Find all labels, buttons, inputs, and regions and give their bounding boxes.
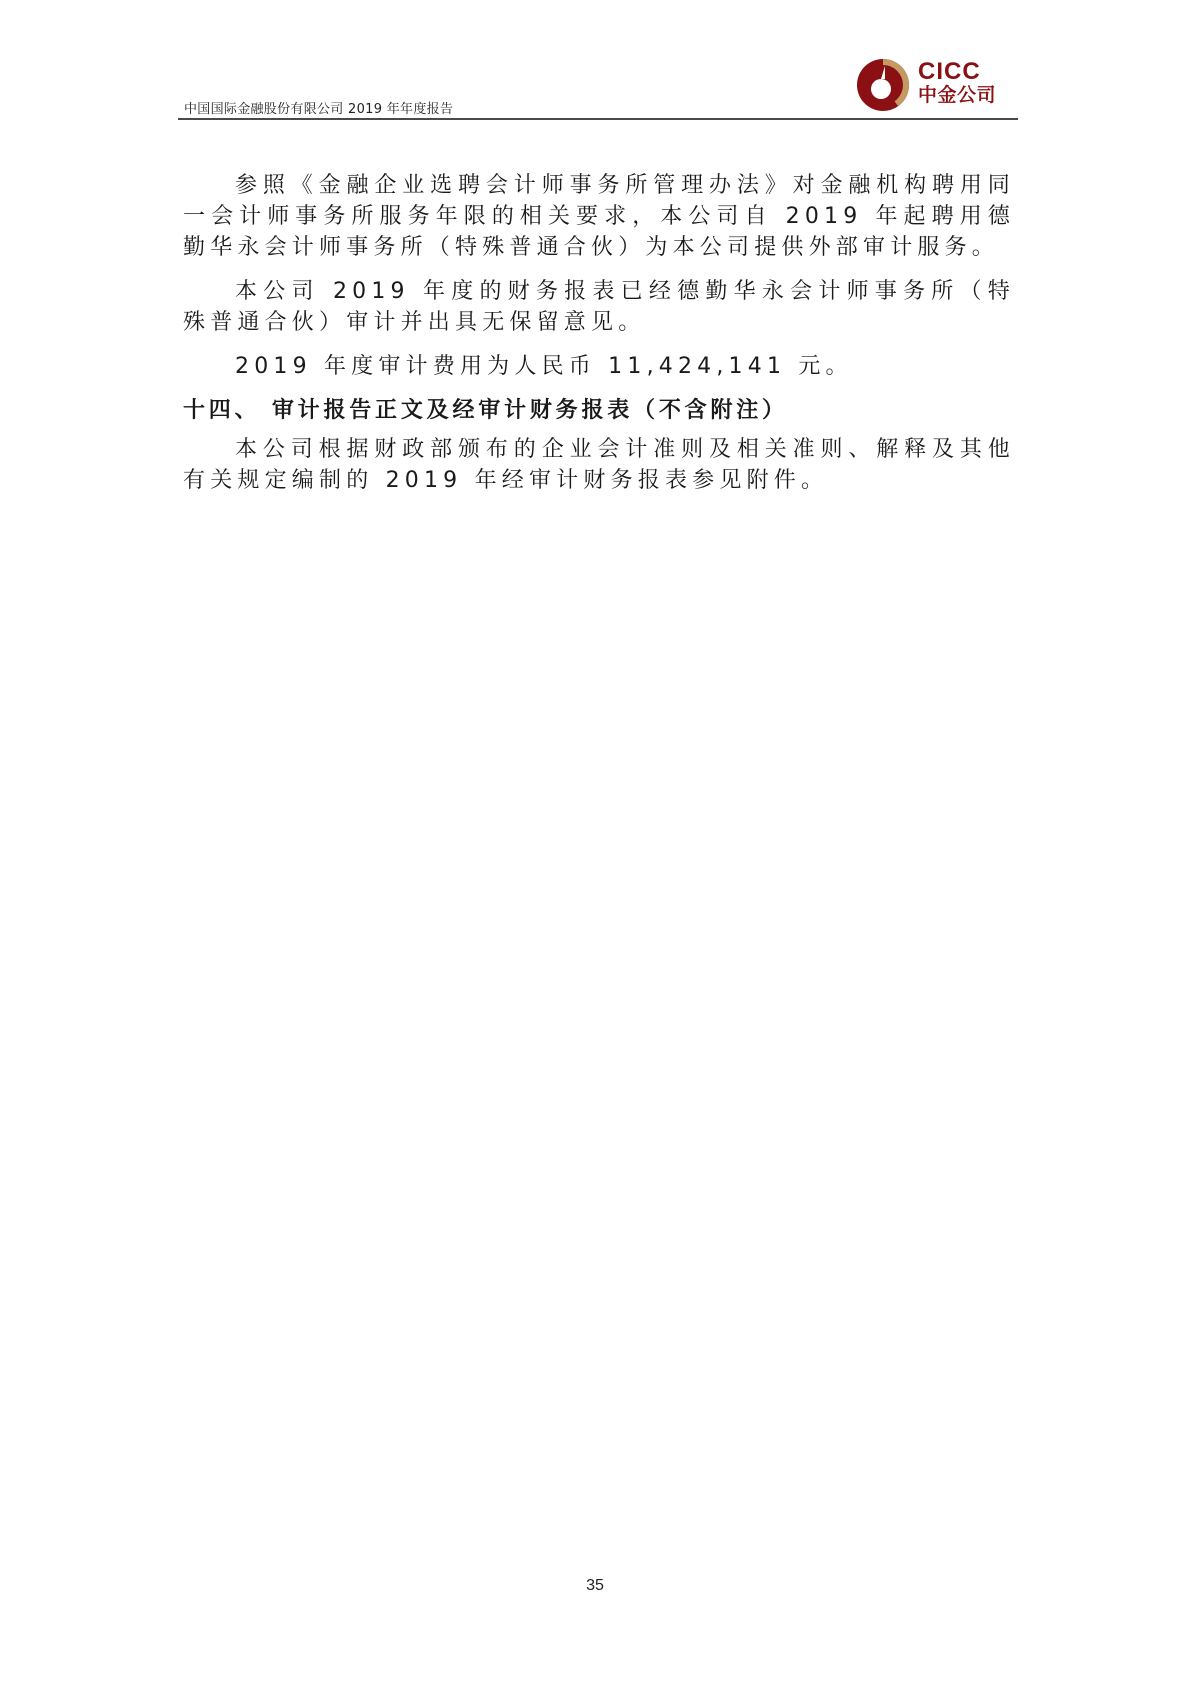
cicc-logo: CICC 中金公司: [856, 56, 1018, 112]
page-number: 35: [0, 1577, 1190, 1595]
section-heading: 十四、 审计报告正文及经审计财务报表（不含附注）: [183, 395, 1015, 426]
paragraph-auditor-engagement: 参照《金融企业选聘会计师事务所管理办法》对金融机构聘用同一会计师事务所服务年限的…: [183, 170, 1015, 263]
page-header: 中国国际金融股份有限公司 2019 年年度报告 CICC 中金公司: [178, 56, 1018, 122]
document-body: 参照《金融企业选聘会计师事务所管理办法》对金融机构聘用同一会计师事务所服务年限的…: [183, 170, 1015, 496]
cicc-logo-icon: [856, 58, 910, 112]
paragraph-financial-statements: 本公司根据财政部颁布的企业会计准则及相关准则、解释及其他有关规定编制的 2019…: [183, 434, 1015, 496]
logo-text-cn: 中金公司: [918, 84, 996, 106]
header-divider: [178, 118, 1018, 120]
report-title: 中国国际金融股份有限公司 2019 年年度报告: [184, 98, 453, 117]
logo-text-en: CICC: [918, 60, 981, 84]
paragraph-audit-opinion: 本公司 2019 年度的财务报表已经德勤华永会计师事务所（特殊普通合伙）审计并出…: [183, 276, 1015, 338]
paragraph-audit-fee: 2019 年度审计费用为人民币 11,424,141 元。: [183, 351, 1015, 382]
